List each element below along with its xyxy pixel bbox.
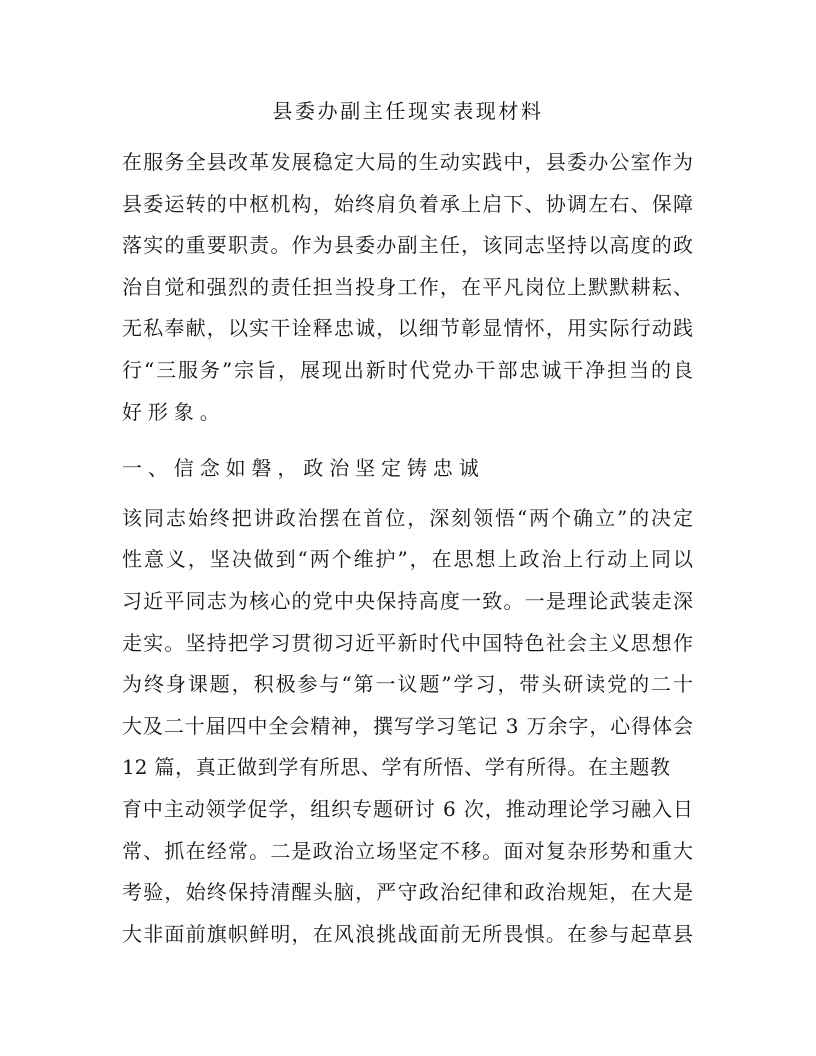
text-line: 习近平同志为核心的党中央保持高度一致。一是理论武装走深 [122, 581, 694, 623]
paragraph-spacer [122, 490, 693, 498]
document-page: 县委办副主任现实表现材料 在服务全县改革发展稳定大局的生动实践中，县委办公室作为… [0, 0, 816, 1056]
text-line: 该同志始终把讲政治摆在首位，深刻领悟“两个确立”的决定 [122, 498, 695, 540]
text-line: 走实。坚持把学习贯彻习近平新时代中国特色社会主义思想作 [122, 623, 694, 665]
document-title: 县委办副主任现实表现材料 [0, 96, 816, 126]
paragraph-spacer [122, 433, 693, 448]
text-line: 行“三服务”宗旨，展现出新时代党办干部忠诚干净担当的良 [122, 350, 695, 392]
text-line: 好形象。 [122, 392, 693, 434]
text-line: 大及二十届四中全会精神，撰写学习笔记 3 万余字，心得体会 [122, 706, 694, 748]
text-line: 考验，始终保持清醒头脑，严守政治纪律和政治规矩，在大是 [122, 872, 694, 914]
section-heading: 一、信念如磐，政治坚定铸忠诚 [122, 448, 693, 490]
text-line: 为终身课题，积极参与“第一议题”学习，带头研读党的二十 [122, 664, 695, 706]
text-line: 治自觉和强烈的责任担当投身工作，在平凡岗位上默默耕耘、 [122, 267, 694, 309]
text-line: 落实的重要职责。作为县委办副主任，该同志坚持以高度的政 [122, 225, 694, 267]
text-line: 大非面前旗帜鲜明，在风浪挑战面前无所畏惧。在参与起草县 [122, 914, 694, 956]
text-line: 县委运转的中枢机构，始终肩负着承上启下、协调左右、保障 [122, 184, 694, 226]
text-line: 性意义，坚决做到“两个维护”，在思想上政治上行动上同以 [122, 539, 695, 581]
text-line: 在服务全县改革发展稳定大局的生动实践中，县委办公室作为 [122, 142, 694, 184]
text-line: 育中主动领学促学，组织专题研讨 6 次，推动理论学习融入日 [122, 789, 694, 831]
text-line: 无私奉献，以实干诠释忠诚，以细节彰显情怀，用实际行动践 [122, 308, 694, 350]
section-heading-text: 一、信念如磐，政治坚定铸忠诚 [122, 448, 693, 490]
intro-paragraph: 在服务全县改革发展稳定大局的生动实践中，县委办公室作为 县委运转的中枢机构，始终… [122, 142, 693, 433]
section-1-paragraph: 该同志始终把讲政治摆在首位，深刻领悟“两个确立”的决定 性意义，坚决做到“两个维… [122, 498, 693, 956]
document-body: 在服务全县改革发展稳定大局的生动实践中，县委办公室作为 县委运转的中枢机构，始终… [122, 142, 693, 955]
text-line: 常、抓在经常。二是政治立场坚定不移。面对复杂形势和重大 [122, 831, 694, 873]
text-line: 12 篇，真正做到学有所思、学有所悟、学有所得。在主题教 [122, 747, 670, 789]
